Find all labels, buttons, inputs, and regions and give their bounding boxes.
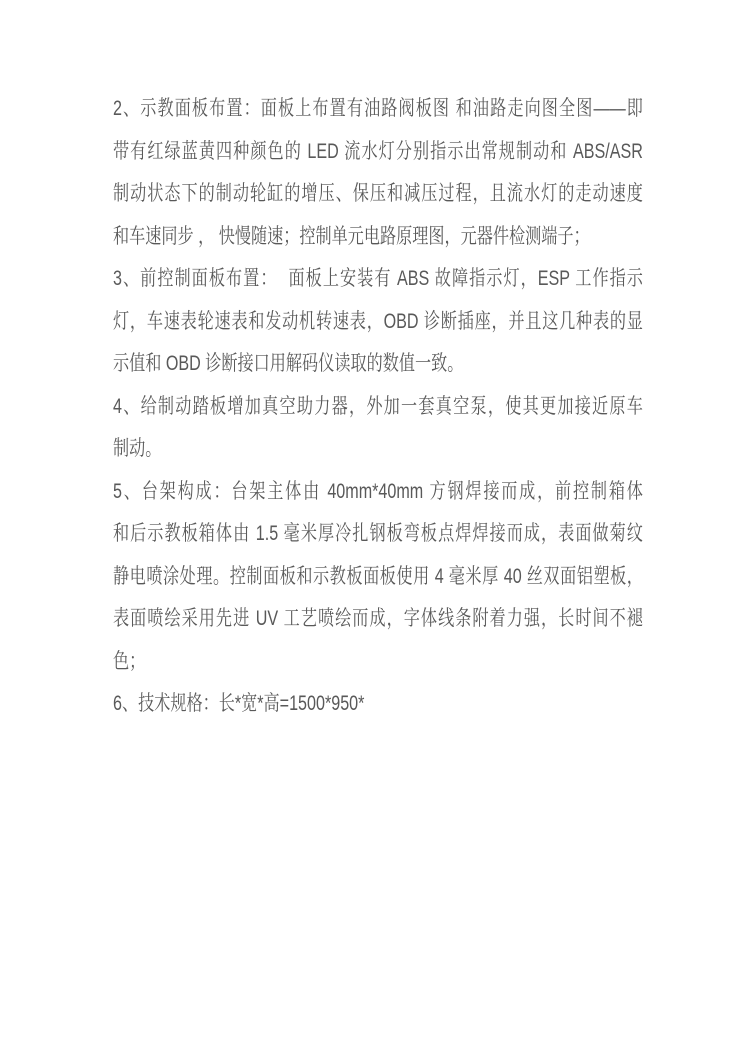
text-line: 和车速同步 ， 快慢随速；控制单元电路原理图，元器件检测端子； [113,216,643,259]
text-line: 灯，车速表轮速表和发动机转速表，OBD 诊断插座，并且这几种表的显 [113,301,643,344]
text-line: 表面喷绘采用先进 UV 工艺喷绘而成，字体线条附着力强，长时间不褪 [113,598,643,641]
text-line: 静电喷涂处理。控制面板和示教板面板使用 4 毫米厚 40 丝双面铝塑板， [113,556,643,599]
paragraph-item-5: 5、台架构成：台架主体由 40mm*40mm 方钢焊接而成，前控制箱体 和后示教… [113,471,643,684]
text-line: 示值和 OBD 诊断接口用解码仪读取的数值一致。 [113,343,643,386]
text-line: 色； [113,641,643,684]
text-line: 制动。 [113,428,643,471]
text-line: 4、给制动踏板增加真空助力器，外加一套真空泵，使其更加接近原车 [113,386,643,429]
text-block: 2、示教面板布置：面板上布置有油路阀板图 和油路走向图全图——即 带有红绿蓝黄四… [113,88,643,726]
paragraph-item-4: 4、给制动踏板增加真空助力器，外加一套真空泵，使其更加接近原车 制动。 [113,386,643,471]
text-line: 3、前控制面板布置： 面板上安装有 ABS 故障指示灯，ESP 工作指示 [113,258,643,301]
paragraph-item-2: 2、示教面板布置：面板上布置有油路阀板图 和油路走向图全图——即 带有红绿蓝黄四… [113,88,643,258]
paragraph-item-3: 3、前控制面板布置： 面板上安装有 ABS 故障指示灯，ESP 工作指示 灯，车… [113,258,643,386]
paragraph-item-6: 6、技术规格：长*宽*高=1500*950* [113,683,643,726]
document-page: 2、示教面板布置：面板上布置有油路阀板图 和油路走向图全图——即 带有红绿蓝黄四… [0,0,750,1061]
text-line: 制动状态下的制动轮缸的增压、保压和减压过程，且流水灯的走动速度 [113,173,643,216]
text-line: 2、示教面板布置：面板上布置有油路阀板图 和油路走向图全图——即 [113,88,643,131]
text-line: 带有红绿蓝黄四种颜色的 LED 流水灯分别指示出常规制动和 ABS/ASR [113,131,643,174]
text-line: 和后示教板箱体由 1.5 毫米厚冷扎钢板弯板点焊焊接而成，表面做菊纹 [113,513,643,556]
text-line: 5、台架构成：台架主体由 40mm*40mm 方钢焊接而成，前控制箱体 [113,471,643,514]
text-line: 6、技术规格：长*宽*高=1500*950* [113,683,643,726]
